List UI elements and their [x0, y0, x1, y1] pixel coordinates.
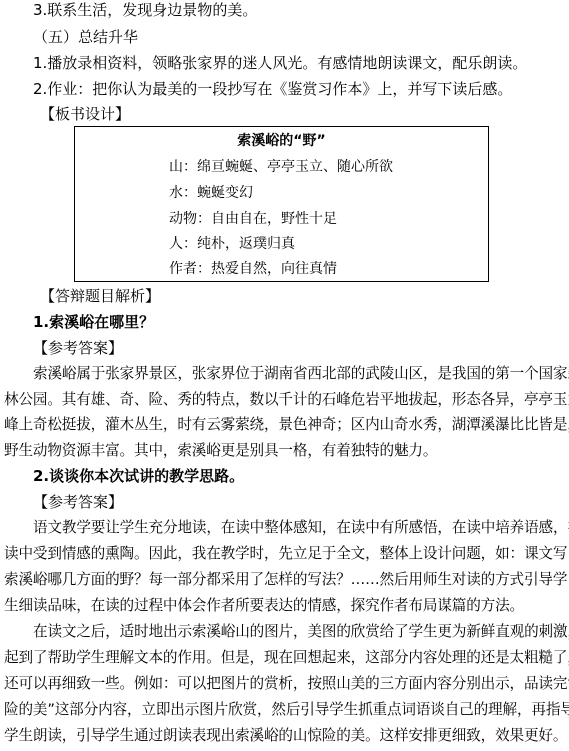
qa-heading: 【答辩题目解析】 — [40, 286, 160, 306]
answer-label-2: 【参考答案】 — [33, 492, 123, 512]
answer-2-line-8: 险的美”这部分内容，立即出示图片欣赏，然后引导学生抓重点词语谈自己的理解，再指导 — [4, 700, 569, 720]
question-1: 1.索溪峪在哪里？ — [33, 312, 154, 332]
answer-2-line-2: 读中受到情感的熏陶。因此，我在教学时，先立足于全文，整体上设计问题，如：课文写了 — [4, 544, 569, 564]
answer-1-line-1: 索溪峪属于张家界景区，张家界位于湖南省西北部的武陵山区，是我国的第一个国家森 — [33, 364, 569, 384]
answer-2-line-6: 起到了帮助学生理解文本的作用。但是，现在回想起来，这部分内容处理的还是太粗糙了， — [4, 648, 569, 668]
list-item-3: 3.联系生活，发现身边景物的美。 — [33, 0, 257, 20]
answer-1-line-4: 野生动物资源丰富。其中，索溪峪更是别具一格，有着独特的魅力。 — [4, 441, 437, 461]
answer-2-line-4: 生细读品味，在读的过程中体会作者所要表达的情感，探究作者布局谋篇的方法。 — [4, 596, 524, 616]
list-item-1: 1.播放录相资料，领略张家界的迷人风光。有感情地朗读课文，配乐朗读。 — [33, 53, 527, 73]
board-title: 索溪峪的“野” — [75, 131, 488, 151]
board-design-box: 索溪峪的“野” 山：绵亘蜿蜒、亭亭玉立、随心所欲 水：蜿蜒变幻 动物：自由自在，… — [74, 126, 489, 282]
board-design-heading: 【板书设计】 — [40, 104, 130, 124]
board-row-people: 人：纯朴，返璞归真 — [169, 234, 295, 254]
answer-2-line-1: 语文教学要让学生充分地读，在读中整体感知，在读中有所感悟，在读中培养语感，在 — [33, 518, 569, 538]
answer-2-line-9: 学生朗读，引导学生通过朗读表现出索溪峪的山惊险的美。这样安排更细致，效果更好。 — [4, 726, 567, 746]
section-heading-summary: （五）总结升华 — [33, 27, 138, 47]
question-2: 2.谈谈你本次试讲的教学思路。 — [33, 466, 244, 486]
list-item-2: 2.作业：把你认为最美的一段抄写在《鉴赏习作本》上，并写下读后感。 — [33, 79, 512, 99]
board-row-mountain: 山：绵亘蜿蜒、亭亭玉立、随心所欲 — [169, 157, 393, 177]
board-row-author: 作者：热爱自然，向往真情 — [169, 259, 337, 279]
board-row-animals: 动物：自由自在，野性十足 — [169, 209, 337, 229]
board-row-water: 水：蜿蜒变幻 — [169, 183, 253, 203]
answer-2-line-3: 索溪峪哪几方面的野？每一部分都采用了怎样的写法？……然后用师生对读的方式引导学 — [4, 570, 567, 590]
answer-2-line-5: 在读文之后，适时地出示索溪峪山的图片，美图的欣赏给了学生更为新鲜直观的刺激， — [33, 622, 569, 642]
answer-1-line-2: 林公园。其有雄、奇、险、秀的特点，数以千计的石峰危岩平地拔起，形态各异，亭亭玉立… — [4, 390, 569, 410]
answer-1-line-3: 峰上奇松挺拔，灌木丛生，时有云雾萦绕，景色神奇；区内山奇水秀，湖潭溪瀑比比皆是， — [4, 415, 569, 435]
answer-label-1: 【参考答案】 — [33, 338, 123, 358]
answer-2-line-7: 还可以再细致一些。例如：可以把图片的赏析，按照山美的三方面内容分别出示，品读完“… — [4, 674, 569, 694]
